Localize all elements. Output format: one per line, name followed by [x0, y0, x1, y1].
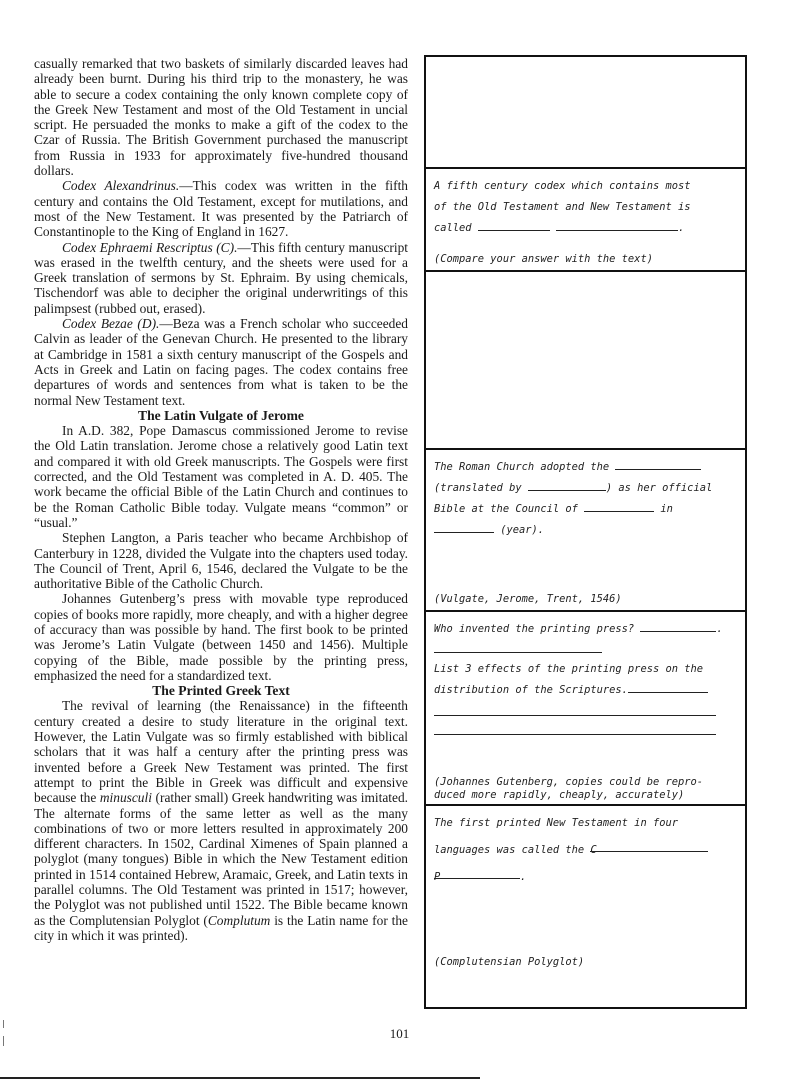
answer-blank[interactable] — [434, 521, 494, 533]
answer-key: (Vulgate, Jerome, Trent, 1546) — [434, 593, 622, 606]
codex-name: Codex Bezae (D). — [62, 316, 159, 331]
frame-blank-1 — [426, 57, 745, 167]
answer-blank[interactable] — [434, 716, 716, 735]
answer-blank[interactable] — [478, 219, 550, 231]
section-heading-latin-vulgate: The Latin Vulgate of Jerome — [34, 408, 408, 423]
answer-blank-p[interactable]: P — [434, 867, 520, 879]
frame-fifth-century-codex: A fifth century codex which contains mos… — [426, 167, 745, 270]
answer-key: (Compare your answer with the text) — [434, 253, 653, 266]
frame-printing-press: Who invented the printing press? . List … — [426, 610, 745, 804]
paragraph-ephraemi: Codex Ephraemi Rescriptus (C).—This fift… — [34, 240, 408, 316]
scan-artifact — [3, 1036, 4, 1046]
answer-blank[interactable] — [615, 458, 701, 470]
paragraph-bezae: Codex Bezae (D).—Beza was a French schol… — [34, 316, 408, 408]
answer-blank[interactable] — [640, 620, 716, 632]
answer-blank[interactable] — [434, 640, 602, 653]
answer-blank[interactable] — [434, 701, 716, 716]
codex-name: Codex Ephraemi Rescriptus (C). — [62, 240, 237, 255]
paragraph-alexandrinus: Codex Alexandrinus.—This codex was writt… — [34, 178, 408, 239]
answer-key: (Complutensian Polyglot) — [434, 956, 584, 969]
answer-blank[interactable] — [556, 219, 678, 231]
paragraph-renaissance: The revival of learning (the Renaissance… — [34, 698, 408, 943]
codex-name: Codex Alexandrinus. — [62, 178, 179, 193]
paragraph-langton: Stephen Langton, a Paris teacher who bec… — [34, 530, 408, 591]
page-number: 101 — [0, 1026, 799, 1042]
answer-blank[interactable] — [628, 681, 708, 693]
answer-blank[interactable] — [528, 479, 606, 491]
frame-blank-2 — [426, 270, 745, 448]
frame-complutensian: The first printed New Testament in four … — [426, 804, 745, 1007]
paragraph-sinaiticus-end: casually remarked that two baskets of si… — [34, 56, 408, 178]
frame-vulgate-question: The Roman Church adopted the (translated… — [426, 448, 745, 610]
scan-artifact — [3, 1020, 4, 1028]
answer-key: (Johannes Gutenberg, copies could be rep… — [434, 776, 703, 802]
programmed-learning-frames: A fifth century codex which contains mos… — [424, 55, 747, 1009]
answer-blank[interactable] — [584, 500, 654, 512]
section-heading-printed-greek: The Printed Greek Text — [34, 683, 408, 698]
paragraph-vulgate: In A.D. 382, Pope Damascus commissioned … — [34, 423, 408, 530]
main-text-column: casually remarked that two baskets of si… — [34, 56, 408, 943]
scan-edge-rule — [0, 1077, 480, 1079]
paragraph-gutenberg: Johannes Gutenberg’s press with movable … — [34, 591, 408, 683]
answer-blank-c[interactable]: C — [590, 840, 708, 852]
